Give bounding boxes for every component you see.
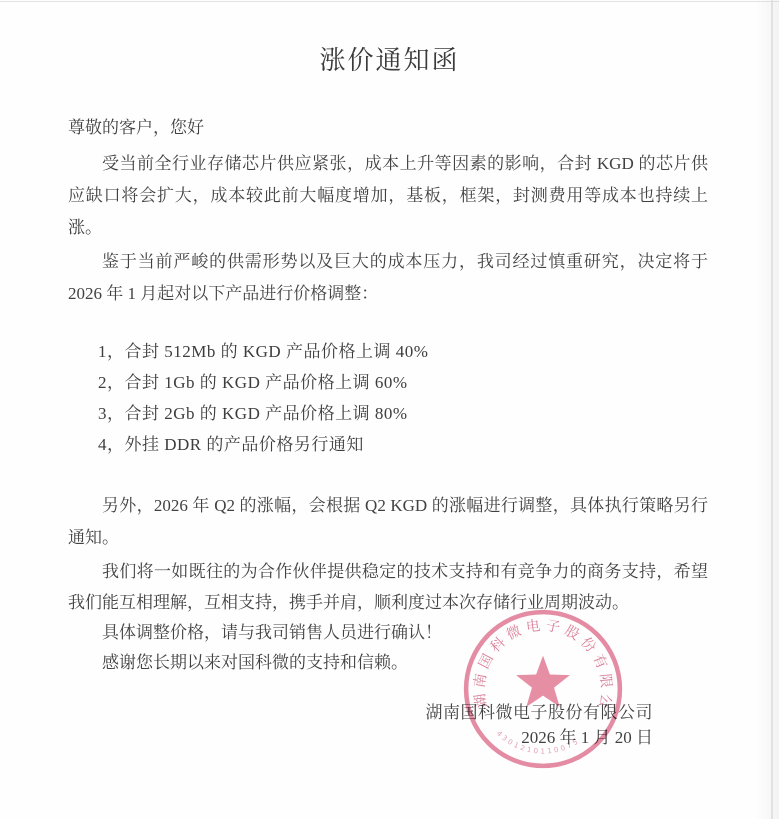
paragraph-price-decision: 鉴于当前严峻的供需形势以及巨大的成本压力，我司经过慎重研究，决定将于 2026 … <box>68 246 708 310</box>
price-item-1gb: 2，合封 1Gb 的 KGD 产品价格上调 60% <box>98 367 658 398</box>
scanned-letter-page: 涨价通知函 尊敬的客户，您好 受当前全行业存储芯片供应紧张，成本上升等因素的影响… <box>0 0 779 819</box>
document-title: 涨价通知函 <box>0 40 779 77</box>
scan-artifact-right-shade <box>755 0 779 819</box>
price-item-2gb: 3，合封 2Gb 的 KGD 产品价格上调 80% <box>98 398 658 429</box>
price-item-512mb: 1，合封 512Mb 的 KGD 产品价格上调 40% <box>98 336 658 367</box>
scan-artifact-right-edge <box>771 0 773 819</box>
paragraph-supply-situation: 受当前全行业存储芯片供应紧张，成本上升等因素的影响，合封 KGD 的芯片供应缺口… <box>68 148 708 244</box>
signature-company-name: 湖南国科微电子股份有限公司 <box>426 698 654 723</box>
paragraph-partner-support: 我们将一如既往的为合作伙伴提供稳定的技术支持和有竞争力的商务支持，希望我们能互相… <box>68 556 708 618</box>
greeting-line: 尊敬的客户，您好 <box>68 112 708 144</box>
paragraph-q2-adjustment: 另外，2026 年 Q2 的涨幅，会根据 Q2 KGD 的涨幅进行调整，具体执行… <box>68 490 708 554</box>
scan-artifact-top-edge <box>0 1 779 2</box>
paragraph-confirm-with-sales: 具体调整价格，请与我司销售人员进行确认！ <box>68 617 708 649</box>
paragraph-thanks: 感谢您长期以来对国科微的支持和信赖。 <box>68 647 708 679</box>
signature-date: 2026 年 1 月 20 日 <box>521 723 653 748</box>
price-item-ddr: 4，外挂 DDR 的产品价格另行通知 <box>98 429 658 460</box>
price-adjustment-list: 1，合封 512Mb 的 KGD 产品价格上调 40% 2，合封 1Gb 的 K… <box>98 336 658 460</box>
